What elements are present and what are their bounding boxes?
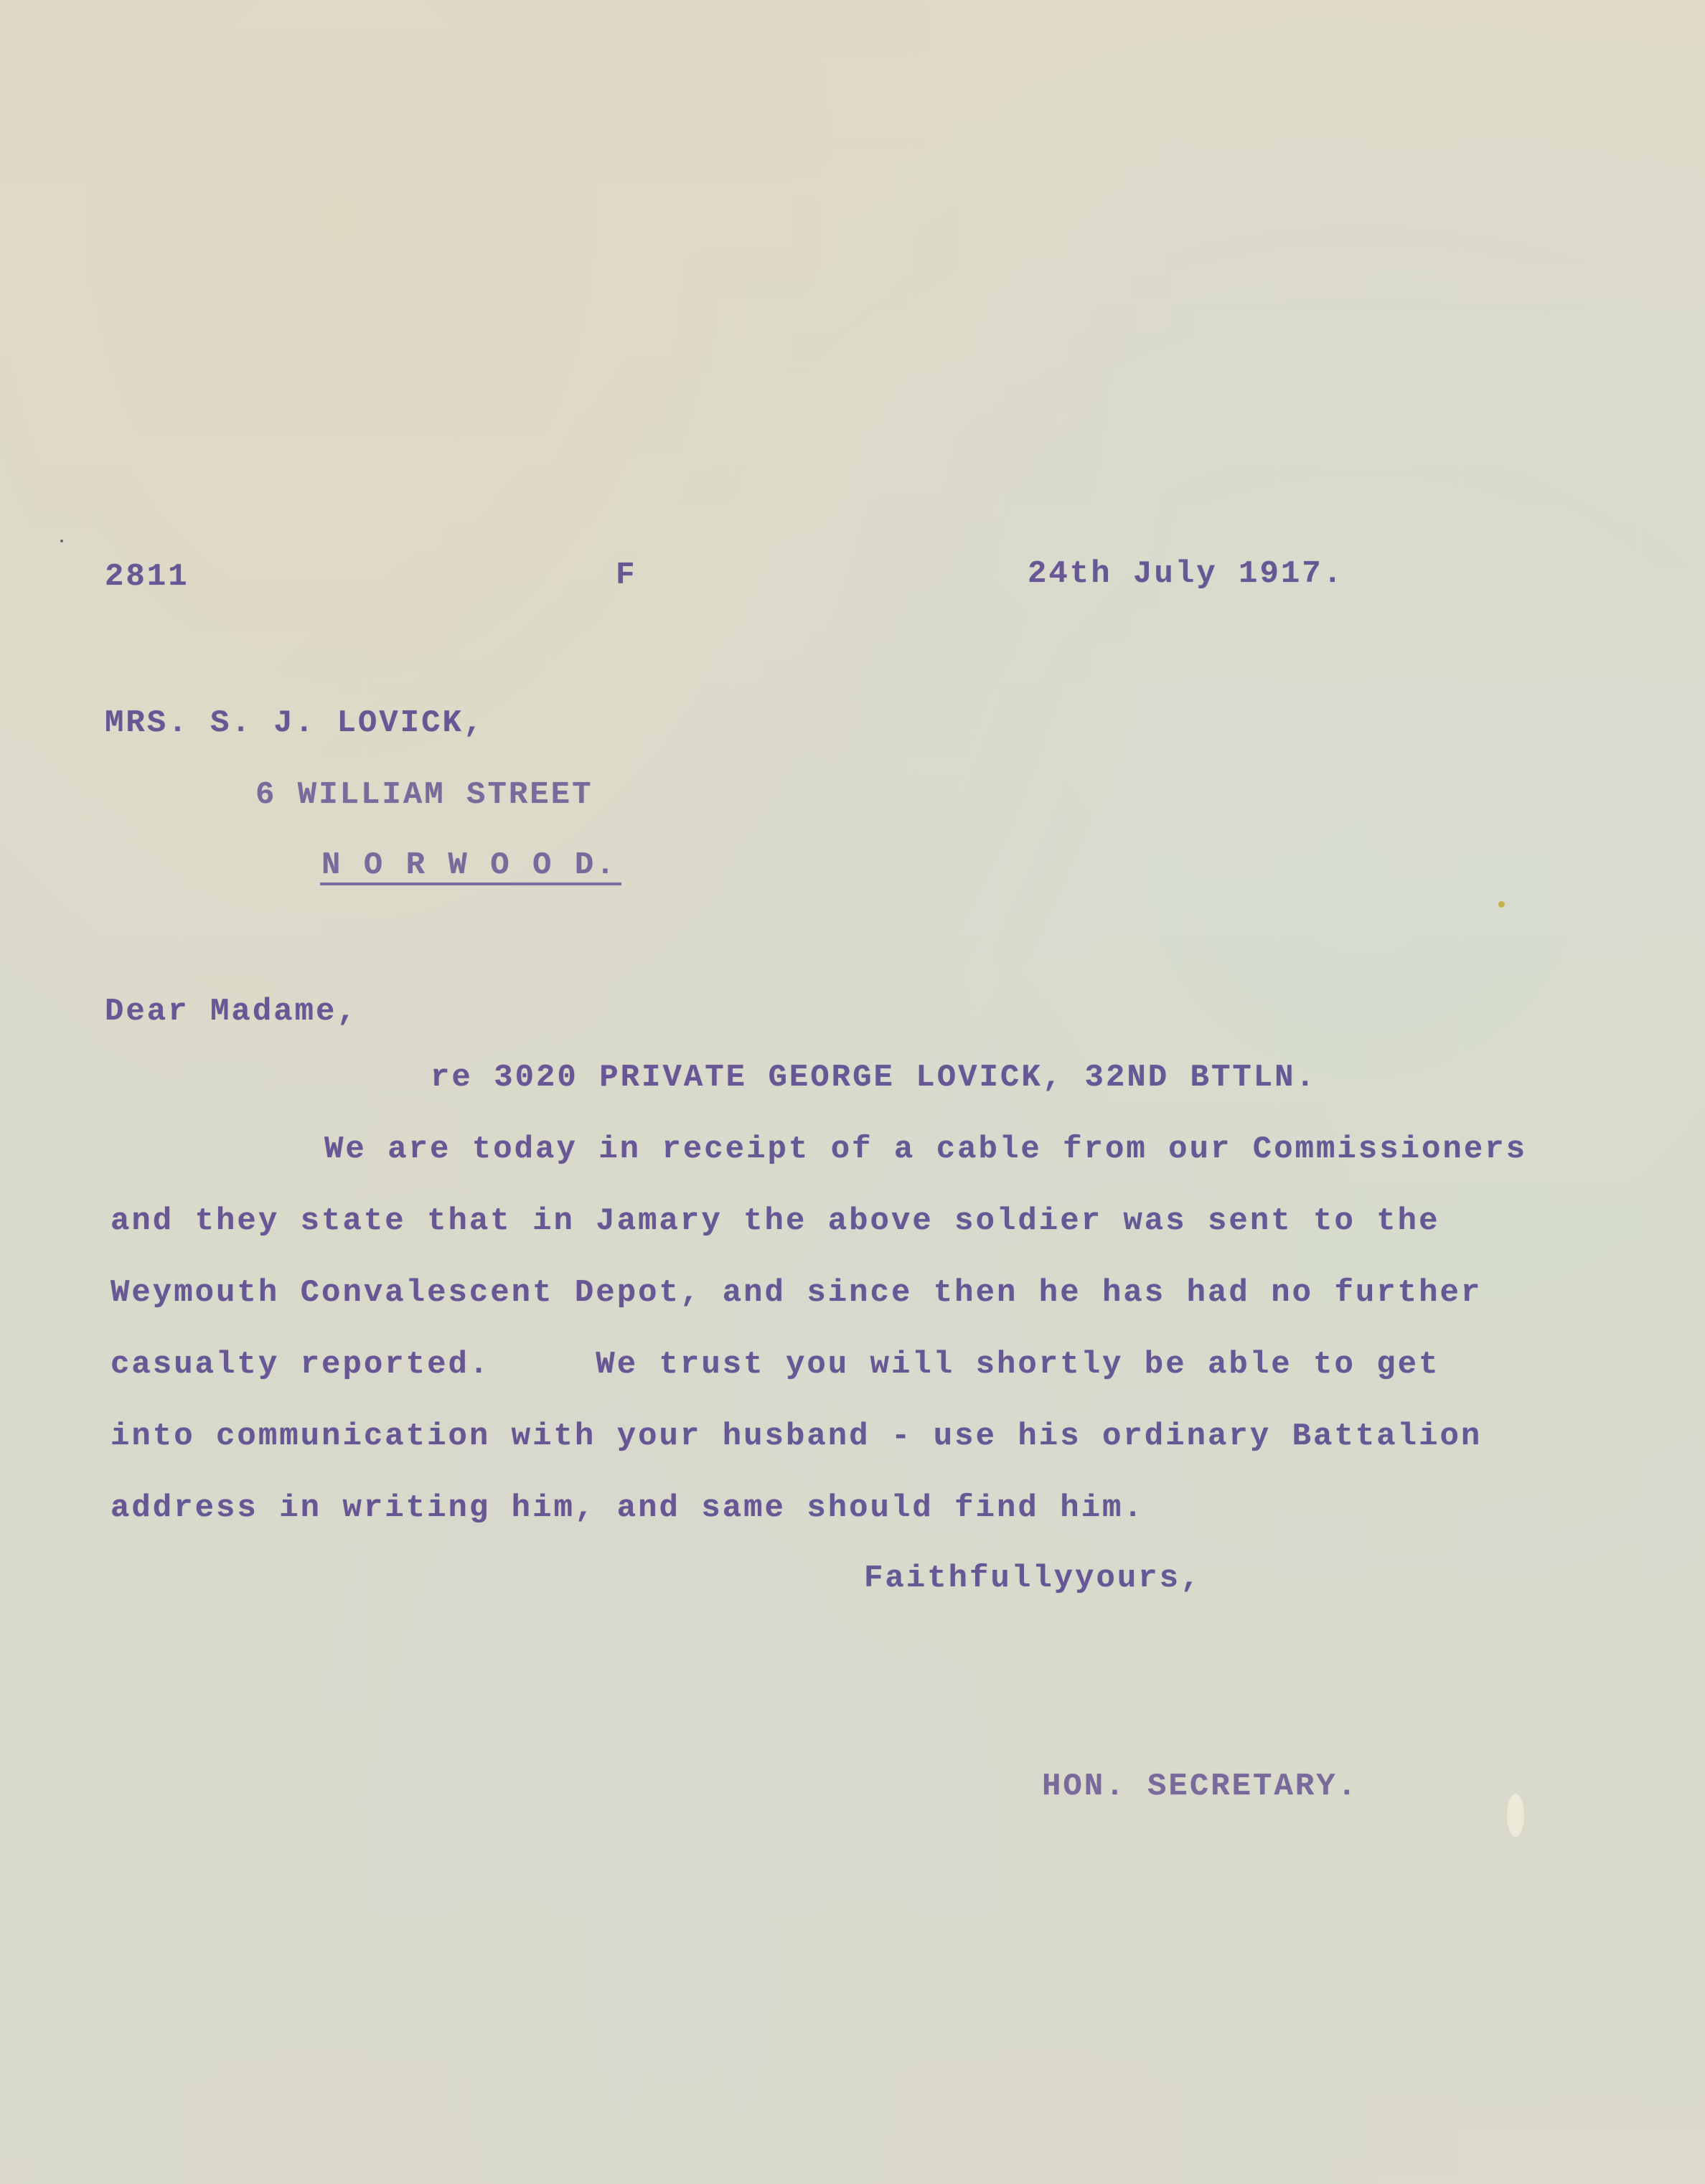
paper-dot xyxy=(60,540,63,542)
body-line-6: address in writing him, and same should … xyxy=(111,1489,1145,1527)
recipient-street: 6 WILLIAM STREET xyxy=(255,776,593,814)
paper-speck xyxy=(1498,901,1505,908)
body-line-1: We are today in receipt of a cable from … xyxy=(324,1131,1527,1168)
file-letter: F xyxy=(616,557,637,594)
salutation: Dear Madame, xyxy=(105,993,358,1030)
body-line-4: casualty reported. We trust you will sho… xyxy=(111,1346,1439,1383)
reference-number: 2811 xyxy=(105,558,189,596)
subject-line: re 3020 PRIVATE GEORGE LOVICK, 32ND BTTL… xyxy=(431,1059,1317,1096)
letter-page: 2811 F 24th July 1917. MRS. S. J. LOVICK… xyxy=(0,0,1705,2184)
town-underline xyxy=(320,882,621,885)
recipient-town: N O R W O O D. xyxy=(321,847,617,884)
body-line-5: into communication with your husband - u… xyxy=(111,1418,1482,1455)
body-line-3: Weymouth Convalescent Depot, and since t… xyxy=(111,1274,1482,1312)
paper-highlight xyxy=(1507,1794,1524,1837)
letter-date: 24th July 1917. xyxy=(1028,555,1344,593)
body-line-2: and they state that in Jamary the above … xyxy=(111,1202,1439,1240)
closing: Faithfullyyours, xyxy=(864,1560,1201,1597)
signature: HON. SECRETARY. xyxy=(1042,1768,1358,1805)
recipient-name: MRS. S. J. LOVICK, xyxy=(105,705,484,742)
